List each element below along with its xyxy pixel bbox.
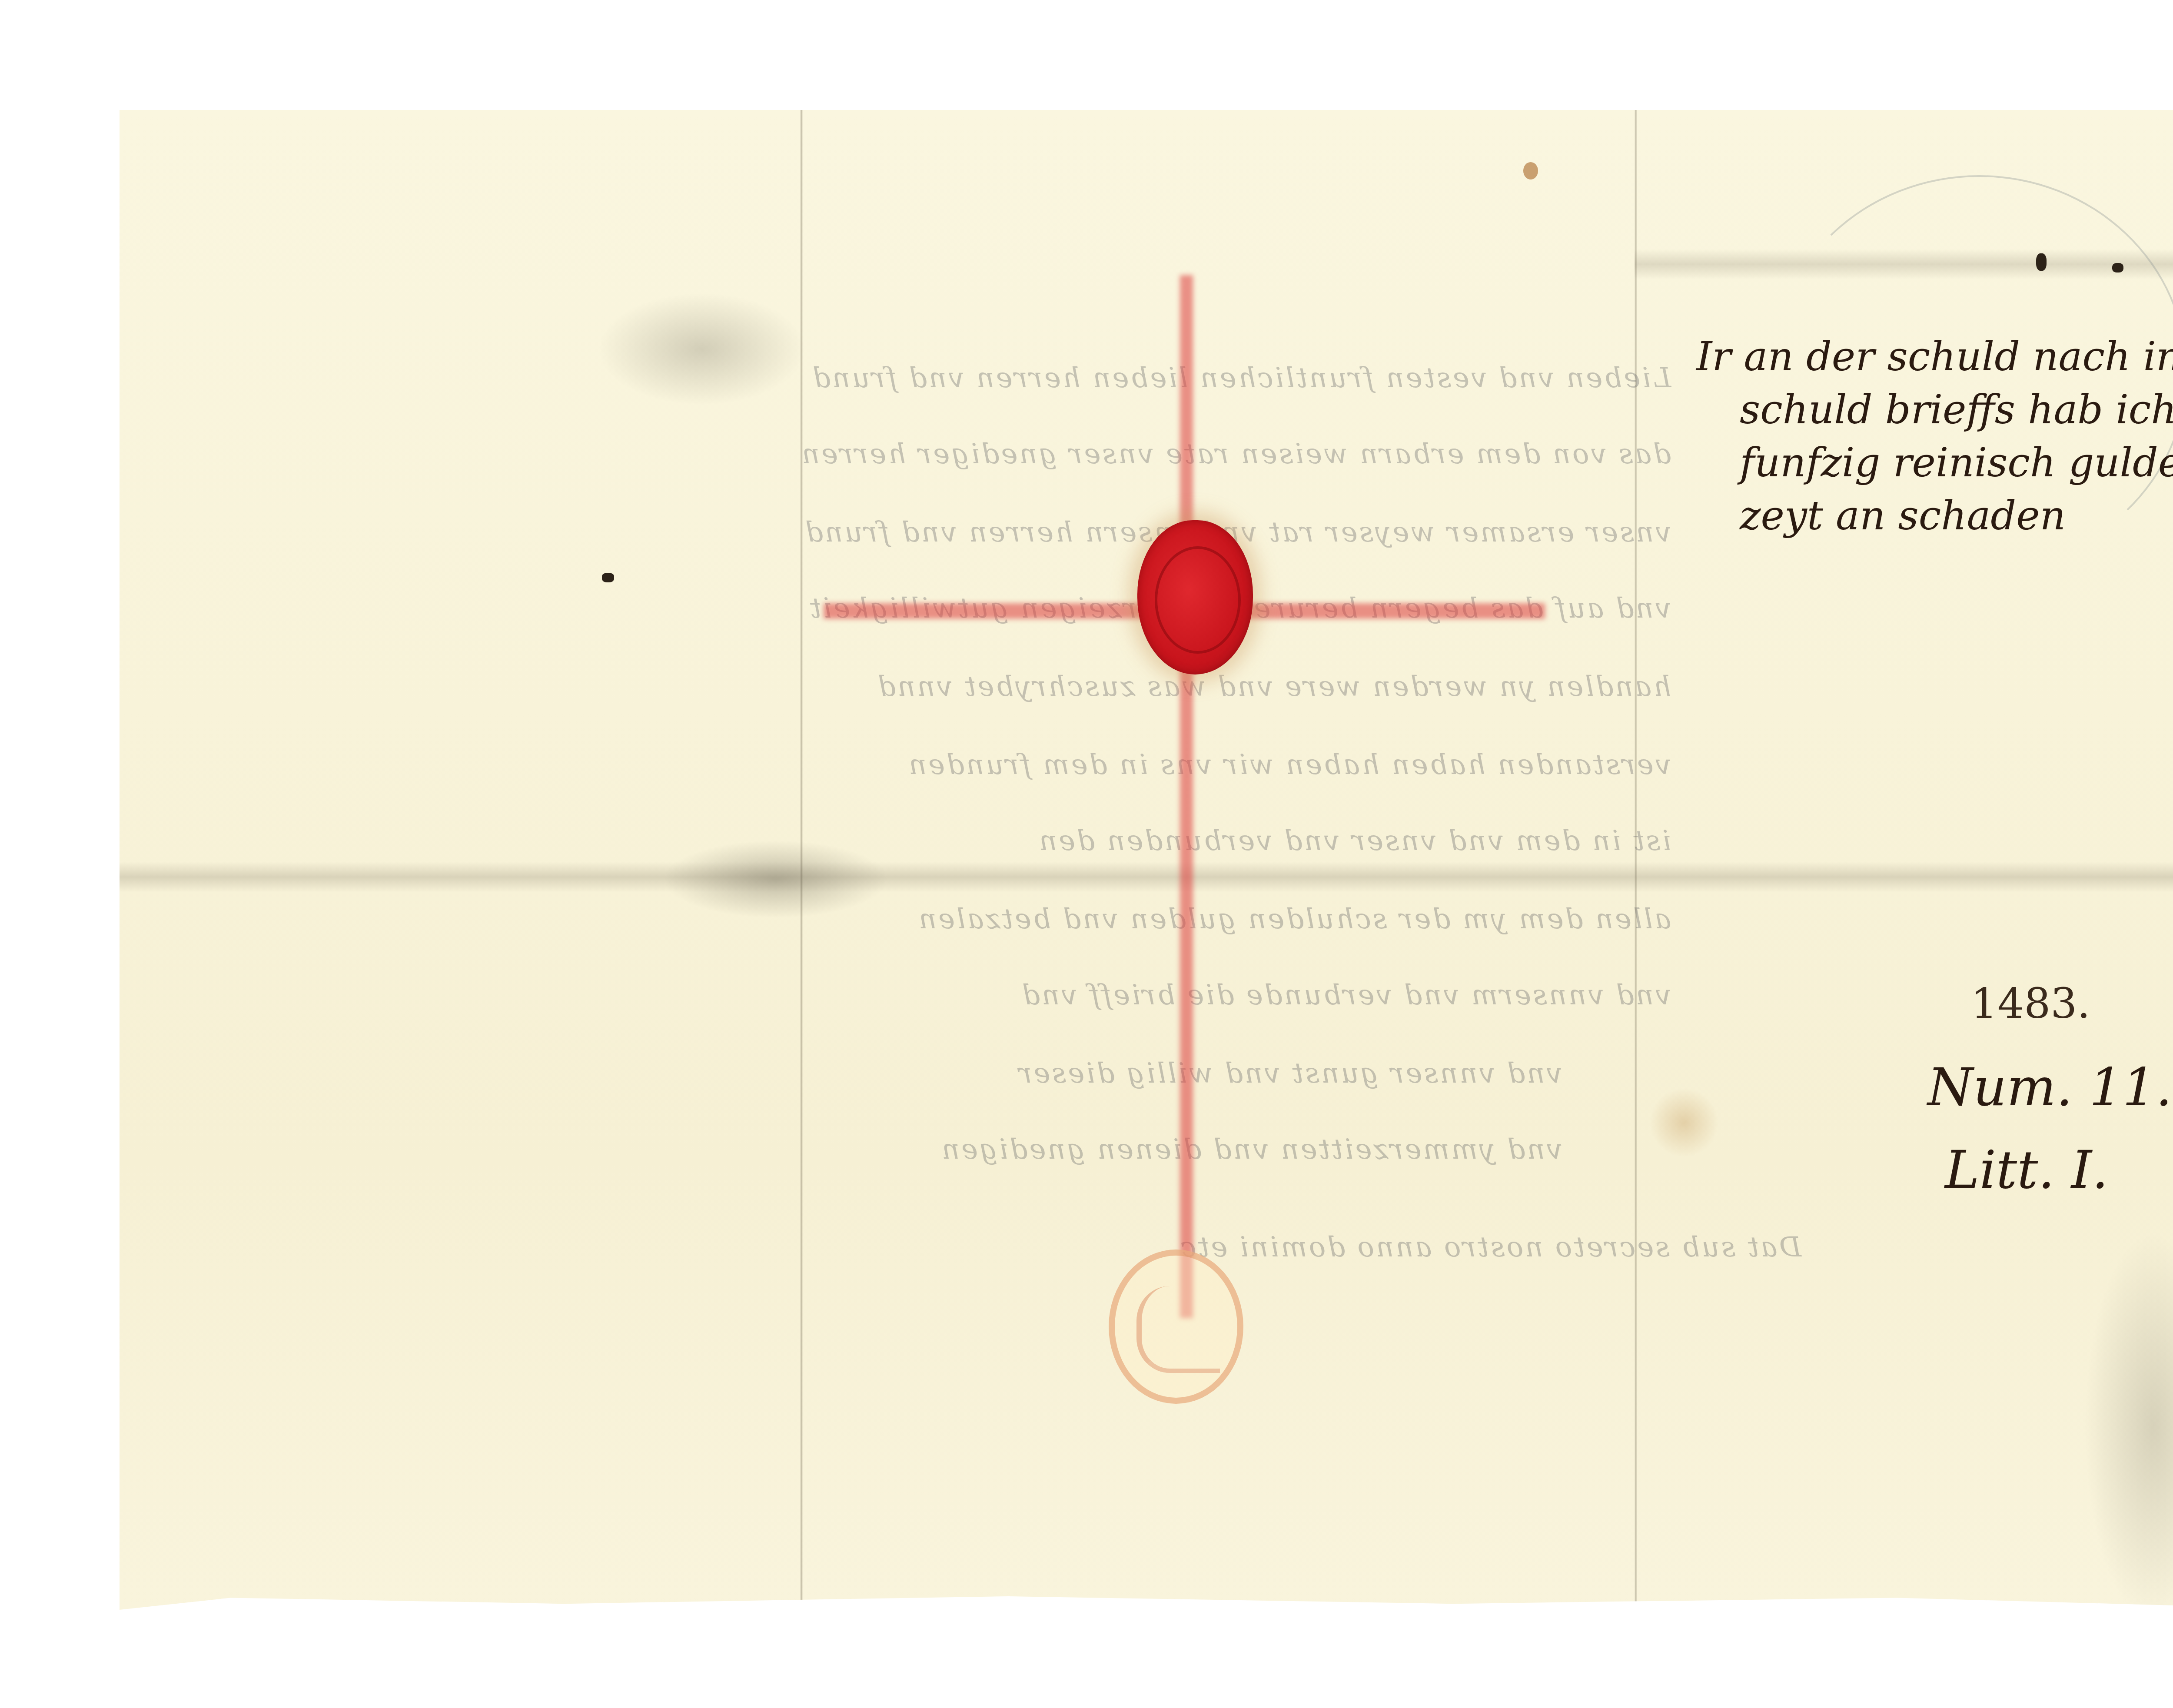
archival-number: Num. 11. — [1927, 1057, 2172, 1118]
ink-blot — [2036, 253, 2047, 271]
note-line-1: Ir an der schuld nach inhalt des — [1696, 330, 2173, 383]
seal-impression — [1155, 546, 1241, 654]
water-stain — [1649, 1088, 1719, 1157]
note-line-3: funfzig reinisch gulden zu ersten — [1740, 436, 2173, 489]
red-wax-seal — [1137, 520, 1253, 675]
stamp-monogram — [1136, 1286, 1220, 1373]
ink-blot — [2112, 263, 2123, 272]
handwritten-receipt-note: Ir an der schuld nach inhalt des schuld … — [1696, 330, 2173, 542]
archival-stamp — [1109, 1249, 1243, 1404]
note-line-4: zeyt an schaden — [1740, 489, 2173, 542]
fold-line-right — [1635, 110, 1637, 1610]
red-wax-line-vertical — [1180, 275, 1193, 1318]
archival-year: 1483. — [1971, 979, 2090, 1028]
foxing-spot — [1523, 162, 1538, 179]
smudge — [598, 292, 806, 405]
smudge — [2084, 1231, 2173, 1622]
smudge — [663, 840, 889, 918]
archival-letter: Litt. I. — [1945, 1140, 2108, 1200]
fold-line-horizontal — [120, 862, 2173, 892]
ink-blot — [602, 573, 614, 582]
letter-paper: Lieben vnd vesten fruntlichen lieben her… — [120, 110, 2173, 1610]
note-line-2: schuld brieffs hab ich emphangen — [1740, 383, 2173, 436]
